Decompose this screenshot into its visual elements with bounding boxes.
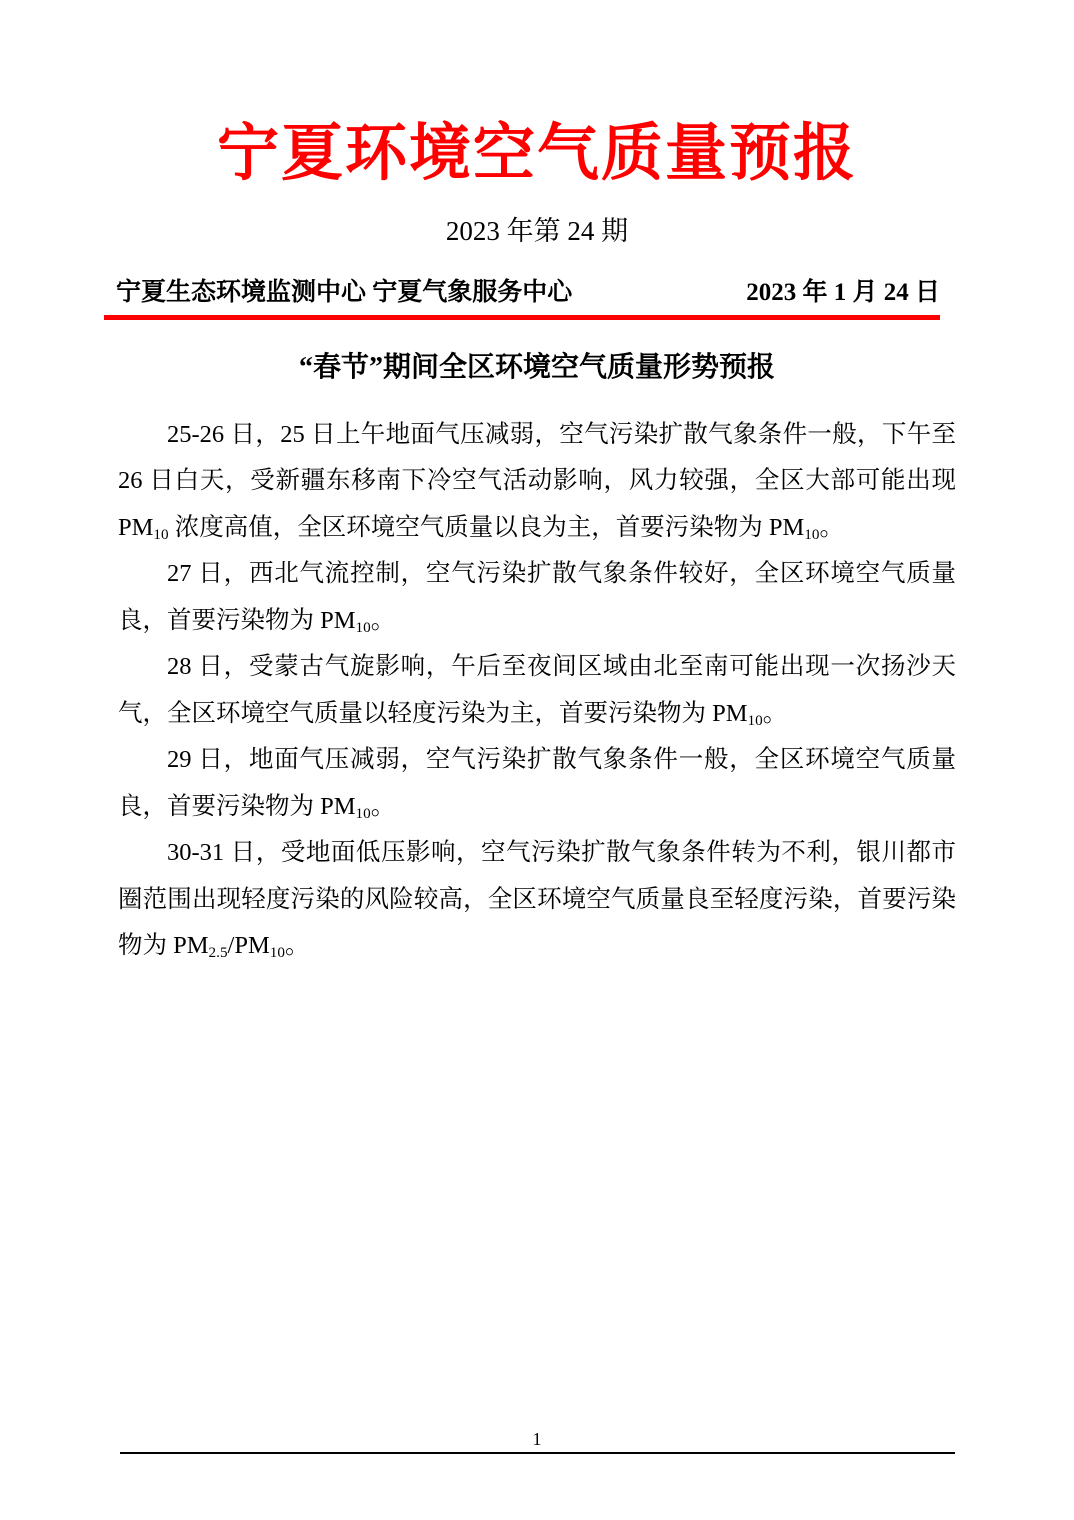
masthead: 宁夏生态环境监测中心 宁夏气象服务中心 2023 年 1 月 24 日 — [104, 277, 940, 320]
pm-subscript: 10 — [270, 944, 285, 961]
issuing-agencies: 宁夏生态环境监测中心 宁夏气象服务中心 — [104, 277, 572, 308]
issue-date: 2023 年 1 月 24 日 — [746, 277, 940, 308]
forecast-paragraph-25-26: 25-26 日，25 日上午地面气压减弱，空气污染扩散气象条件一般，下午至 26… — [118, 412, 956, 552]
forecast-body: 25-26 日，25 日上午地面气压减弱，空气污染扩散气象条件一般，下午至 26… — [118, 412, 956, 970]
paragraph-text: 。 — [371, 793, 396, 820]
paragraph-text: 27 日，西北气流控制，空气污染扩散气象条件较好，全区环境空气质量良，首要污染物… — [118, 560, 956, 634]
forecast-paragraph-30-31: 30-31 日，受地面低压影响，空气污染扩散气象条件转为不利，银川都市圈范围出现… — [118, 830, 956, 970]
footer-divider — [120, 1452, 955, 1454]
page-number: 1 — [0, 1428, 1074, 1450]
paragraph-text: /PM — [228, 932, 270, 959]
forecast-paragraph-28: 28 日，受蒙古气旋影响，午后至夜间区域由北至南可能出现一次扬沙天气，全区环境空… — [118, 644, 956, 737]
paragraph-text: 29 日，地面气压减弱，空气污染扩散气象条件一般，全区环境空气质量良，首要污染物… — [118, 746, 956, 820]
paragraph-text: 。 — [285, 932, 310, 959]
forecast-paragraph-29: 29 日，地面气压减弱，空气污染扩散气象条件一般，全区环境空气质量良，首要污染物… — [118, 737, 956, 830]
pm-subscript: 10 — [153, 525, 168, 542]
document-page: 宁夏环境空气质量预报 2023 年第 24 期 宁夏生态环境监测中心 宁夏气象服… — [0, 0, 1074, 1520]
pm-subscript: 2.5 — [209, 944, 228, 961]
paragraph-text: 。 — [763, 700, 788, 727]
pm-subscript: 10 — [804, 525, 819, 542]
paragraph-text: 。 — [371, 607, 396, 634]
pm-subscript: 10 — [748, 711, 763, 728]
pm-subscript: 10 — [356, 618, 371, 635]
forecast-paragraph-27: 27 日，西北气流控制，空气污染扩散气象条件较好，全区环境空气质量良，首要污染物… — [118, 551, 956, 644]
paragraph-text: 。 — [819, 514, 844, 541]
section-title: “春节”期间全区环境空气质量形势预报 — [0, 350, 1074, 386]
paragraph-text: 28 日，受蒙古气旋影响，午后至夜间区域由北至南可能出现一次扬沙天气，全区环境空… — [118, 653, 956, 727]
pm-subscript: 10 — [356, 804, 371, 821]
document-title: 宁夏环境空气质量预报 — [0, 0, 1074, 194]
issue-number: 2023 年第 24 期 — [0, 216, 1074, 247]
paragraph-text: 浓度高值，全区环境空气质量以良为主，首要污染物为 PM — [169, 514, 805, 541]
